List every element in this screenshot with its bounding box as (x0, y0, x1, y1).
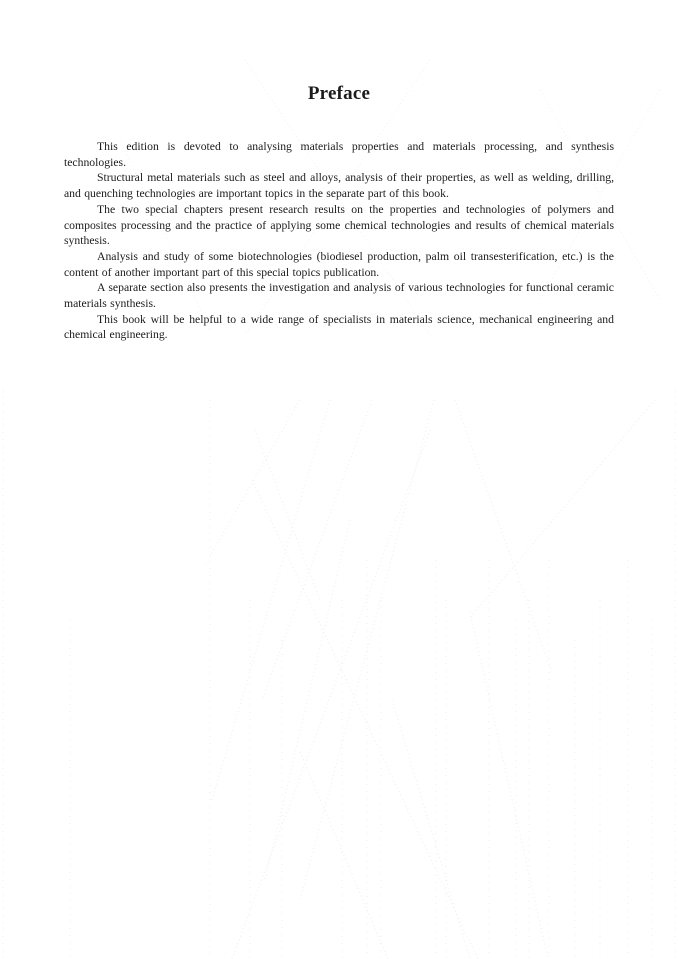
paragraph-6: This book will be helpful to a wide rang… (64, 312, 614, 343)
paragraph-1: This edition is devoted to analysing mat… (64, 139, 614, 170)
document-page: Preface This edition is devoted to analy… (0, 0, 678, 959)
page-title: Preface (64, 84, 614, 104)
paragraph-3: The two special chapters present researc… (64, 202, 614, 249)
preface-section: Preface This edition is devoted to analy… (64, 84, 614, 343)
preface-paragraphs: This edition is devoted to analysing mat… (64, 139, 614, 343)
paragraph-4: Analysis and study of some biotechnologi… (64, 249, 614, 280)
paragraph-2: Structural metal materials such as steel… (64, 170, 614, 201)
paragraph-5: A separate section also presents the inv… (64, 280, 614, 311)
